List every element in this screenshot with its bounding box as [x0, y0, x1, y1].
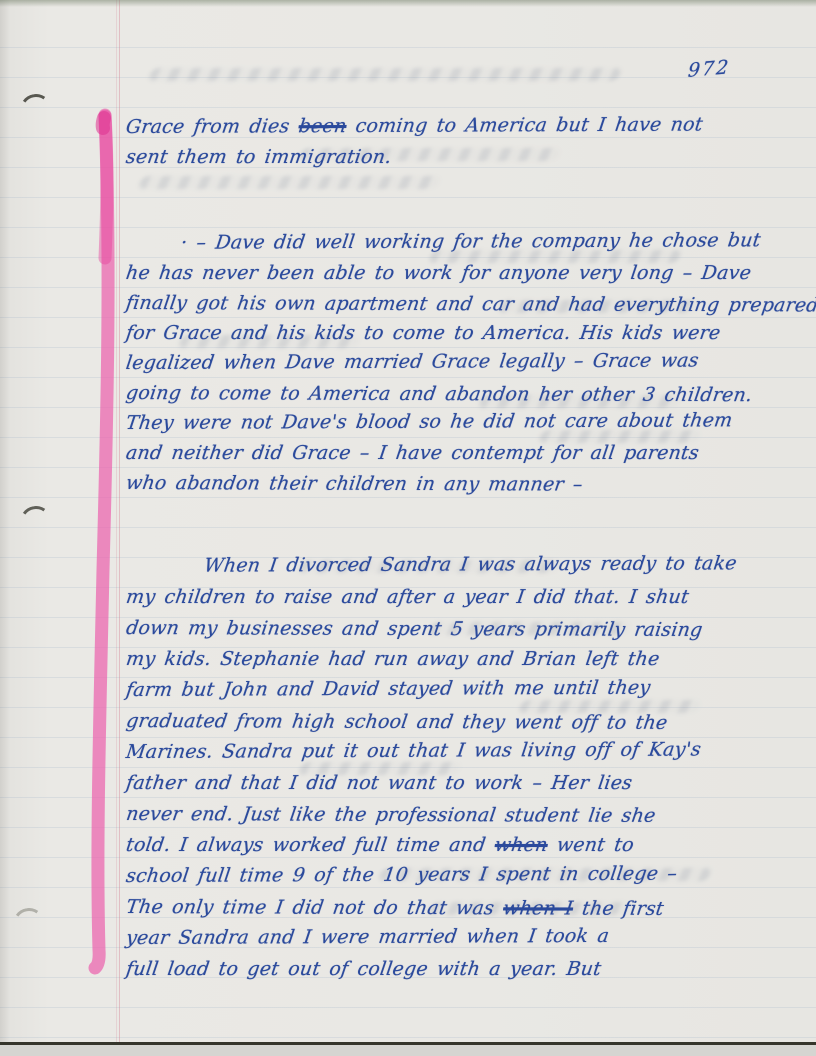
crossed-out-word: been: [297, 115, 348, 137]
handwriting-text: going to come to America and abandon her…: [125, 382, 754, 406]
handwriting-text: he has never been able to work for anyon…: [125, 262, 753, 284]
handwriting-line: down my businesses and spent 5 years pri…: [124, 613, 778, 646]
handwriting-text: sent them to immigration.: [125, 146, 393, 168]
handwriting-line: legalized when Dave married Grace legall…: [124, 345, 778, 378]
handwriting-text: went to: [546, 834, 635, 856]
handwriting-line: Grace from dies been coming to America b…: [124, 109, 778, 142]
handwriting-text: school full time 9 of the 10 years I spe…: [125, 863, 679, 887]
handwriting-text: never end. Just like the professional st…: [125, 803, 657, 827]
scanned-page: 972 Grace from dies been coming to Ameri…: [0, 0, 816, 1056]
scan-edge-left: [0, 0, 10, 1056]
handwriting-text: · – Dave did well working for the compan…: [180, 229, 763, 254]
handwriting-line: told. I always worked full time and when…: [124, 830, 778, 861]
handwriting-line: who abandon their children in any manner…: [124, 468, 778, 500]
handwriting-text: and neither did Grace – I have contempt …: [125, 442, 701, 464]
handwriting-text: Marines. Sandra put it out that I was li…: [125, 738, 703, 763]
handwriting-text: the first: [571, 898, 665, 920]
handwriting-text: for Grace and his kids to come to Americ…: [125, 322, 722, 344]
handwriting-text: finally got his own apartment and car an…: [125, 292, 816, 316]
handwriting-line: for Grace and his kids to come to Americ…: [124, 318, 778, 348]
handwriting-text: farm but John and David stayed with me u…: [125, 677, 652, 701]
handwriting-line: Marines. Sandra put it out that I was li…: [124, 734, 779, 768]
handwriting-text: When I divorced Sandra I was always read…: [203, 552, 739, 576]
handwriting-paragraph: · – Dave did well working for the compan…: [124, 228, 774, 498]
handwriting-line: finally got his own apartment and car an…: [124, 288, 778, 320]
handwriting-line: sent them to immigration.: [124, 142, 778, 172]
handwriting-paragraph: Grace from dies been coming to America b…: [124, 112, 774, 172]
handwriting-text: told. I always worked full time and: [125, 834, 497, 856]
handwriting-line: · – Dave did well working for the compan…: [124, 225, 778, 258]
handwriting-line: They were not Dave's blood so he did not…: [124, 405, 778, 438]
handwriting-text: my kids. Stephanie had run away and Bria…: [125, 648, 661, 670]
handwriting-paragraph: When I divorced Sandra I was always read…: [124, 551, 774, 985]
handwriting-line: farm but John and David stayed with me u…: [124, 672, 779, 706]
handwriting-text: graduated from high school and they went…: [125, 710, 669, 734]
handwriting-line: and neither did Grace – I have contempt …: [124, 438, 778, 468]
handwriting-text: my children to raise and after a year I …: [125, 586, 691, 608]
handwriting-line: never end. Just like the professional st…: [124, 799, 778, 832]
handwriting-line: my kids. Stephanie had run away and Bria…: [124, 644, 778, 675]
handwriting-text: full load to get out of college with a y…: [125, 958, 603, 980]
handwriting-text: coming to America but I have not: [345, 113, 704, 137]
crossed-out-word: when: [493, 834, 549, 856]
handwriting-text: legalized when Dave married Grace legall…: [125, 350, 701, 374]
handwriting-line: he has never been able to work for anyon…: [124, 258, 778, 288]
handwriting-line: my children to raise and after a year I …: [124, 582, 778, 613]
handwriting-text: down my businesses and spent 5 years pri…: [125, 617, 704, 641]
handwriting-text: who abandon their children in any manner…: [125, 472, 585, 496]
handwriting-line: father and that I did not want to work –…: [124, 768, 778, 799]
handwriting-block: Grace from dies been coming to America b…: [0, 0, 816, 1056]
scan-edge-top: [0, 0, 816, 7]
handwriting-text: They were not Dave's blood so he did not…: [125, 409, 734, 434]
handwriting-line: When I divorced Sandra I was always read…: [124, 548, 779, 582]
handwriting-text: father and that I did not want to work –…: [125, 772, 634, 794]
crossed-out-word: when I: [502, 897, 575, 919]
page-bottom-edge: [0, 1042, 816, 1056]
handwriting-line: full load to get out of college with a y…: [124, 954, 778, 985]
handwriting-line: school full time 9 of the 10 years I spe…: [124, 858, 779, 892]
handwriting-line: year Sandra and I were married when I to…: [124, 920, 779, 954]
handwriting-text: The only time I did not do that was: [125, 896, 505, 919]
handwriting-text: year Sandra and I were married when I to…: [125, 925, 611, 949]
handwriting-text: Grace from dies: [125, 115, 301, 138]
